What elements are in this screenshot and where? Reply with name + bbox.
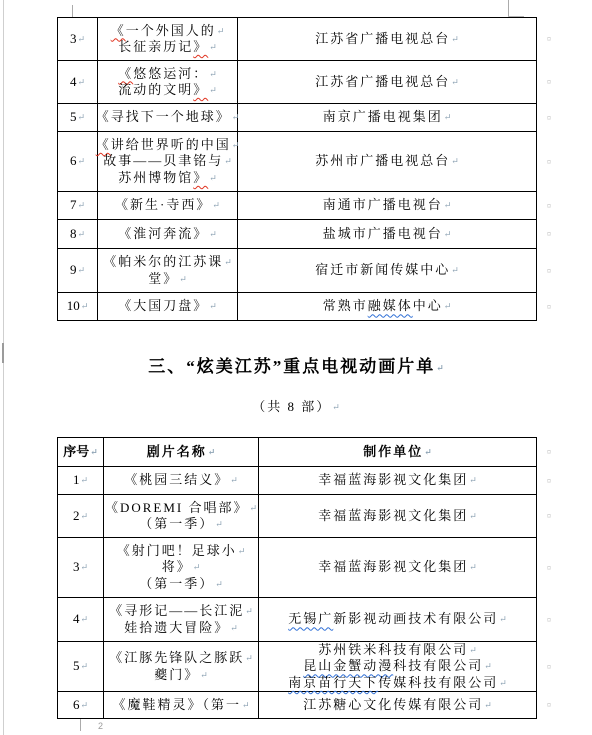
- row-number: 3: [73, 559, 80, 574]
- cell-line: 苏州博物馆》↵: [118, 170, 217, 187]
- bottom-margin-label: 2: [98, 721, 103, 731]
- cell-line: 《帕米尔的江苏课↵: [103, 254, 232, 271]
- cell-text: （第一季）: [139, 576, 214, 591]
- cell-line: 《新生·寺西》↵: [115, 197, 220, 214]
- row-end-mark: ¤: [547, 615, 551, 624]
- line-break-mark: ↵: [90, 447, 98, 457]
- line-break-mark: ↵: [77, 200, 85, 210]
- table-cell[interactable]: 制作单位↵: [259, 438, 537, 466]
- cell-line: 6↵: [73, 697, 88, 714]
- cell-line: 《寻形记——长江泥↵: [109, 603, 253, 620]
- line-break-mark: ↵: [245, 606, 253, 616]
- table-cell[interactable]: 剧片名称↵: [104, 438, 259, 466]
- cell-line: 《淮河奔流》↵: [118, 226, 217, 243]
- table-cell[interactable]: 盐城市广播电视台↵: [238, 220, 537, 248]
- cell-text: 南京苗行天下: [288, 675, 378, 690]
- cell-text: 长征亲历记: [118, 39, 193, 54]
- line-break-mark: ↵: [209, 69, 217, 79]
- line-break-mark: ↵: [451, 265, 459, 275]
- cell-line: 9↵: [70, 262, 85, 279]
- table-cell[interactable]: 幸福蓝海影视文化集团↵: [259, 467, 537, 494]
- cell-line: 无锡广新影视动画技术有限公司↵: [288, 611, 507, 628]
- cell-line: 3↵: [73, 559, 88, 576]
- row-end-mark: ¤: [547, 662, 551, 671]
- line-break-mark: ↵: [444, 301, 452, 311]
- line-break-mark: ↵: [80, 614, 88, 624]
- table-cell[interactable]: 《大国刀盘》↵: [98, 293, 238, 320]
- line-break-mark: ↵: [77, 156, 85, 166]
- table-cell[interactable]: 《寻形记——长江泥↵娃拾遗大冒险》↵: [104, 598, 259, 641]
- cell-text: 《新生·寺西》: [115, 197, 211, 212]
- table-cell[interactable]: 无锡广新影视动画技术有限公司↵: [259, 598, 537, 641]
- cell-text: 昆山金蟹动漫: [303, 658, 393, 673]
- table-row: 4↵《寻形记——长江泥↵娃拾遗大冒险》↵无锡广新影视动画技术有限公司↵¤: [58, 598, 537, 642]
- row-number: 2: [73, 508, 80, 523]
- table-cell[interactable]: 《讲给世界听的中国↵故事——贝聿铭与↵苏州博物馆》↵: [98, 132, 238, 191]
- cell-text: 《: [118, 66, 133, 81]
- cell-line: 《寻找下一个地球》↵: [96, 109, 240, 126]
- cell-line: 江苏糖心文化传媒有限公司↵: [303, 697, 492, 714]
- line-break-mark: ↵: [209, 85, 217, 95]
- cell-line: 苏州市广播电视总台↵: [315, 153, 459, 170]
- line-break-mark: ↵: [230, 475, 238, 485]
- table-row: 6↵《讲给世界听的中国↵故事——贝聿铭与↵苏州博物馆》↵苏州市广播电视总台↵¤: [58, 132, 537, 192]
- line-break-mark: ↵: [208, 447, 216, 457]
- line-break-mark: ↵: [499, 614, 507, 624]
- cell-text: 《桃园三结义》: [124, 472, 229, 487]
- cell-text: 《帕米尔的江苏课: [103, 254, 223, 269]
- cell-line: 南通市广播电视台↵: [323, 197, 452, 214]
- section-subtitle-text: （共 8 部）: [252, 399, 331, 414]
- cell-line: 《江豚先锋队之豚跃↵: [109, 650, 253, 667]
- line-break-mark: ↵: [469, 562, 477, 572]
- line-break-mark: ↵: [209, 229, 217, 239]
- section-heading-text: 三、“炫美江苏”重点电视动画片单: [148, 357, 435, 376]
- line-break-mark: ↵: [77, 77, 85, 87]
- cell-line: 《大国刀盘》↵: [118, 298, 217, 315]
- cell-line: 幸福蓝海影视文化集团↵: [318, 472, 477, 489]
- bottom-left-crop-mark: [80, 718, 81, 731]
- line-break-mark: ↵: [230, 623, 238, 633]
- table-cell[interactable]: 《一个外国人的↵长征亲历记》↵: [98, 18, 238, 60]
- cell-line: 南京广播电视集团↵: [323, 109, 452, 126]
- cell-line: 堂》↵: [148, 271, 187, 288]
- table-cell[interactable]: 《新生·寺西》↵: [98, 192, 238, 219]
- table-cell[interactable]: 江苏省广播电视总台↵: [238, 18, 537, 60]
- cell-text: 《寻找下一个地球》: [96, 109, 231, 124]
- row-number: 6: [73, 697, 80, 712]
- cell-line: 1↵: [73, 472, 88, 489]
- header-text: 剧片名称: [147, 444, 207, 459]
- row-end-mark: ¤: [547, 230, 551, 239]
- table-cell[interactable]: 《江豚先锋队之豚跃↵夔门》↵: [104, 642, 259, 691]
- line-break-mark: ↵: [484, 661, 492, 671]
- animation-table: 序号↵剧片名称↵制作单位↵¤1↵《桃园三结义》↵幸福蓝海影视文化集团↵¤2↵《D…: [57, 437, 537, 719]
- table-cell[interactable]: 南通市广播电视台↵: [238, 192, 537, 219]
- line-break-mark: ↵: [451, 156, 459, 166]
- section-heading[interactable]: 三、“炫美江苏”重点电视动画片单↵: [0, 352, 592, 377]
- line-break-mark: ↵: [77, 229, 85, 239]
- cell-text: 《: [96, 137, 111, 152]
- table-row: 10↵《大国刀盘》↵常熟市融媒体中心↵¤: [58, 293, 537, 321]
- table-cell[interactable]: 4↵: [58, 61, 98, 103]
- cell-text: 《淮河奔流》: [118, 226, 208, 241]
- cell-line: 10↵: [67, 298, 89, 315]
- cell-text: 《: [111, 23, 126, 38]
- cell-text: 苏州铁米科技有限公司: [318, 642, 468, 657]
- cell-text: 悠悠运河：: [133, 66, 208, 81]
- cell-text: 讲给世界听的中国: [111, 137, 231, 152]
- cell-text: 将》: [162, 559, 192, 574]
- line-break-mark: ↵: [242, 700, 250, 710]
- cell-text: 娃拾遗大冒险》: [124, 620, 229, 635]
- table-cell[interactable]: 2↵: [58, 495, 104, 537]
- cell-text: 常熟市: [323, 298, 368, 313]
- line-break-mark: ↵: [249, 503, 257, 513]
- table-row: 8↵《淮河奔流》↵盐城市广播电视台↵¤: [58, 220, 537, 249]
- cell-text: 江苏省广播电视总台: [315, 74, 450, 89]
- cell-line: 8↵: [70, 226, 85, 243]
- cell-line: 夔门》↵: [154, 667, 208, 684]
- cell-line: 5↵: [70, 109, 85, 126]
- cell-text: 无锡广: [288, 611, 333, 626]
- table-cell[interactable]: 宿迁市新闻传媒中心↵: [238, 249, 537, 292]
- section-subtitle[interactable]: （共 8 部）↵: [0, 396, 592, 415]
- table-row: 7↵《新生·寺西》↵南通市广播电视台↵¤: [58, 192, 537, 220]
- line-break-mark: ↵: [444, 112, 452, 122]
- cell-text: 科技有限公司: [393, 658, 483, 673]
- row-end-mark: ¤: [547, 448, 551, 457]
- cell-text: 中心: [413, 298, 443, 313]
- line-break-mark: ↵: [484, 700, 492, 710]
- cell-text: 故事——贝聿铭与: [103, 153, 223, 168]
- table-row: 9↵《帕米尔的江苏课↵堂》↵宿迁市新闻传媒中心↵¤: [58, 249, 537, 293]
- table-cell[interactable]: 幸福蓝海影视文化集团↵: [259, 495, 537, 537]
- table-row: 4↵《悠悠运河：↵流动的文明》↵江苏省广播电视总台↵¤: [58, 61, 537, 104]
- table-cell[interactable]: 江苏省广播电视总台↵: [238, 61, 537, 103]
- cell-line: 4↵: [70, 74, 85, 91]
- table-cell[interactable]: 6↵: [58, 692, 104, 718]
- table-cell[interactable]: 5↵: [58, 642, 104, 691]
- cell-line: 3↵: [70, 31, 85, 48]
- row-number: 5: [73, 658, 80, 673]
- table-cell[interactable]: 《魔鞋精灵》（第一↵: [104, 692, 259, 718]
- cell-line: 盐城市广播电视台↵: [323, 226, 452, 243]
- top-right-crop-mark-v: [508, 0, 509, 16]
- table-cell[interactable]: 6↵: [58, 132, 98, 191]
- row-end-mark: ¤: [547, 476, 551, 485]
- row-end-mark: ¤: [547, 201, 551, 210]
- cell-text: （第一季）: [139, 516, 214, 531]
- table-cell[interactable]: 3↵: [58, 18, 98, 60]
- cell-line: 南京苗行天下传媒科技有限公司↵: [288, 675, 507, 692]
- table-cell[interactable]: 《射门吧！足球小↵将》↵（第一季）↵: [104, 538, 259, 597]
- row-end-mark: ¤: [547, 302, 551, 311]
- cell-line: 2↵: [73, 508, 88, 525]
- table-cell[interactable]: 10↵: [58, 293, 98, 320]
- line-break-mark: ↵: [212, 200, 220, 210]
- cell-line: 苏州铁米科技有限公司↵: [318, 642, 477, 659]
- cell-line: 娃拾遗大冒险》↵: [124, 620, 238, 637]
- line-break-mark: ↵: [80, 661, 88, 671]
- cell-text: 》: [193, 170, 208, 185]
- cell-text: 新影视动画技术有限公司: [333, 611, 498, 626]
- table-row: 3↵《一个外国人的↵长征亲历记》↵江苏省广播电视总台↵¤: [58, 18, 537, 61]
- cell-text: 融媒体: [368, 298, 413, 313]
- line-break-mark: ↵: [77, 265, 85, 275]
- table-cell[interactable]: 5↵: [58, 104, 98, 131]
- cell-line: 长征亲历记》↵: [118, 39, 217, 56]
- cell-text: 流动的文明: [118, 82, 193, 97]
- table-row: 5↵《江豚先锋队之豚跃↵夔门》↵苏州铁米科技有限公司↵昆山金蟹动漫科技有限公司↵…: [58, 642, 537, 692]
- table-cell[interactable]: 《桃园三结义》↵: [104, 467, 259, 494]
- table-cell[interactable]: 苏州市广播电视总台↵: [238, 132, 537, 191]
- line-break-mark: ↵: [469, 645, 477, 655]
- cell-line: 4↵: [73, 611, 88, 628]
- line-break-mark: ↵: [77, 112, 85, 122]
- table-cell[interactable]: 3↵: [58, 538, 104, 597]
- cell-line: 序号↵: [63, 444, 98, 461]
- cell-text: 《大国刀盘》: [118, 298, 208, 313]
- line-break-mark: ↵: [215, 579, 223, 589]
- table-cell[interactable]: 序号↵: [58, 438, 104, 466]
- line-break-mark: ↵: [80, 475, 88, 485]
- row-number: 9: [70, 262, 77, 277]
- table-row: 5↵《寻找下一个地球》↵南京广播电视集团↵¤: [58, 104, 537, 132]
- cell-line: 幸福蓝海影视文化集团↵: [318, 508, 477, 525]
- cell-text: 《江豚先锋队之豚跃: [109, 650, 244, 665]
- table-cell[interactable]: 《帕米尔的江苏课↵堂》↵: [98, 249, 238, 292]
- cell-text: 《寻形记——长江泥: [109, 603, 244, 618]
- cell-text: 传媒科技有限公司: [378, 675, 498, 690]
- cell-text: 《DOREMI 合唱部》: [105, 500, 249, 515]
- top-margin-tick: [72, 5, 73, 17]
- table-cell[interactable]: 《DOREMI 合唱部》↵（第一季）↵: [104, 495, 259, 537]
- table-cell[interactable]: 8↵: [58, 220, 98, 248]
- line-break-mark: ↵: [424, 447, 432, 457]
- cell-text: 盐城市广播电视台: [323, 226, 443, 241]
- line-break-mark: ↵: [469, 511, 477, 521]
- row-end-mark: ¤: [547, 266, 551, 275]
- line-break-mark: ↵: [209, 42, 217, 52]
- table-cell[interactable]: 《寻找下一个地球》↵: [98, 104, 238, 131]
- cell-text: 夔门》: [154, 667, 199, 682]
- table-cell[interactable]: 4↵: [58, 598, 104, 641]
- cell-line: 常熟市融媒体中心↵: [323, 298, 452, 315]
- line-break-mark: ↵: [200, 670, 208, 680]
- table-cell[interactable]: 常熟市融媒体中心↵: [238, 293, 537, 320]
- cell-line: 江苏省广播电视总台↵: [315, 74, 459, 91]
- table-header-row: 序号↵剧片名称↵制作单位↵¤: [58, 438, 537, 467]
- table-cell[interactable]: 1↵: [58, 467, 104, 494]
- cell-text: 《魔鞋精灵》（第一: [112, 697, 241, 712]
- cell-line: 江苏省广播电视总台↵: [315, 31, 459, 48]
- line-break-mark: ↵: [80, 700, 88, 710]
- line-break-mark: ↵: [245, 653, 253, 663]
- line-break-mark: ↵: [209, 173, 217, 183]
- cell-text: 幸福蓝海影视文化集团: [318, 472, 468, 487]
- line-break-mark: ↵: [238, 546, 246, 556]
- cell-line: 《桃园三结义》↵: [124, 472, 238, 489]
- row-end-mark: ¤: [547, 512, 551, 521]
- line-break-mark: ↵: [179, 274, 187, 284]
- line-break-mark: ↵: [499, 678, 507, 688]
- line-break-mark: ↵: [332, 402, 340, 412]
- line-break-mark: ↵: [451, 34, 459, 44]
- line-break-mark: ↵: [209, 301, 217, 311]
- row-end-mark: ¤: [547, 157, 551, 166]
- cell-text: 堂》: [148, 271, 178, 286]
- cell-text: 》: [193, 82, 208, 97]
- header-text: 序号: [63, 444, 89, 459]
- row-number: 5: [70, 109, 77, 124]
- row-number: 4: [73, 611, 80, 626]
- document-page: { "marks": { "line_break": "↵", "row_end…: [0, 0, 592, 735]
- table-row: 2↵《DOREMI 合唱部》↵（第一季）↵幸福蓝海影视文化集团↵¤: [58, 495, 537, 538]
- cell-line: 剧片名称↵: [147, 444, 216, 461]
- cell-line: 《一个外国人的↵: [111, 23, 225, 40]
- cell-line: 幸福蓝海影视文化集团↵: [318, 559, 477, 576]
- cell-line: 流动的文明》↵: [118, 82, 217, 99]
- table-row: 6↵《魔鞋精灵》（第一↵江苏糖心文化传媒有限公司↵¤: [58, 692, 537, 719]
- cell-line: 《射门吧！足球小↵: [117, 543, 246, 560]
- cell-line: 故事——贝聿铭与↵: [103, 153, 232, 170]
- row-number: 10: [67, 298, 80, 313]
- line-break-mark: ↵: [224, 156, 232, 166]
- row-number: 4: [70, 74, 77, 89]
- row-end-mark: ¤: [547, 563, 551, 572]
- table-cell[interactable]: 《悠悠运河：↵流动的文明》↵: [98, 61, 238, 103]
- line-break-mark: ↵: [80, 511, 88, 521]
- cell-line: 《DOREMI 合唱部》↵: [105, 500, 257, 517]
- cell-line: （第一季）↵: [139, 516, 223, 533]
- table-cell[interactable]: 《淮河奔流》↵: [98, 220, 238, 248]
- cell-text: 南通市广播电视台: [323, 197, 443, 212]
- line-break-mark: ↵: [217, 26, 225, 36]
- row-number: 1: [73, 472, 80, 487]
- cell-line: 《讲给世界听的中国↵: [96, 137, 240, 154]
- cell-text: 一个外国人的: [126, 23, 216, 38]
- row-end-mark: ¤: [547, 35, 551, 44]
- line-break-mark: ↵: [81, 301, 89, 311]
- line-break-mark: ↵: [77, 34, 85, 44]
- line-break-mark: ↵: [469, 475, 477, 485]
- table-cell[interactable]: 9↵: [58, 249, 98, 292]
- cell-line: （第一季）↵: [139, 576, 223, 593]
- cell-line: 7↵: [70, 197, 85, 214]
- cell-line: 6↵: [70, 153, 85, 170]
- row-end-mark: ¤: [547, 113, 551, 122]
- table-row: 1↵《桃园三结义》↵幸福蓝海影视文化集团↵¤: [58, 467, 537, 495]
- cell-text: 苏州市广播电视总台: [315, 153, 450, 168]
- line-break-mark: ↵: [444, 200, 452, 210]
- cell-text: 《射门吧！足球小: [117, 543, 237, 558]
- cell-line: 《魔鞋精灵》（第一↵: [112, 697, 249, 714]
- row-number: 6: [70, 153, 77, 168]
- cell-line: 制作单位↵: [363, 444, 432, 461]
- cell-text: 》: [193, 39, 208, 54]
- line-break-mark: ↵: [80, 562, 88, 572]
- row-number: 7: [70, 197, 77, 212]
- cell-line: 昆山金蟹动漫科技有限公司↵: [303, 658, 492, 675]
- table-cell[interactable]: 苏州铁米科技有限公司↵昆山金蟹动漫科技有限公司↵南京苗行天下传媒科技有限公司↵: [259, 642, 537, 691]
- cell-text: 苏州博物馆: [118, 170, 193, 185]
- cell-line: 5↵: [73, 658, 88, 675]
- cell-line: 宿迁市新闻传媒中心↵: [315, 262, 459, 279]
- cell-line: 《悠悠运河：↵: [118, 66, 217, 83]
- table-cell[interactable]: 幸福蓝海影视文化集团↵: [259, 538, 537, 597]
- row-number: 8: [70, 226, 77, 241]
- cell-text: 江苏省广播电视总台: [315, 31, 450, 46]
- line-break-mark: ↵: [193, 562, 201, 572]
- line-break-mark: ↵: [215, 519, 223, 529]
- header-text: 制作单位: [363, 444, 423, 459]
- table-cell[interactable]: 南京广播电视集团↵: [238, 104, 537, 131]
- cell-text: 宿迁市新闻传媒中心: [315, 262, 450, 277]
- line-break-mark: ↵: [451, 77, 459, 87]
- cell-line: 将》↵: [162, 559, 201, 576]
- row-number: 3: [70, 31, 77, 46]
- cell-text: 幸福蓝海影视文化集团: [318, 559, 468, 574]
- row-end-mark: ¤: [547, 78, 551, 87]
- cell-text: 幸福蓝海影视文化集团: [318, 508, 468, 523]
- table-cell[interactable]: 江苏糖心文化传媒有限公司↵: [259, 692, 537, 718]
- table-cell[interactable]: 7↵: [58, 192, 98, 219]
- row-end-mark: ¤: [547, 701, 551, 710]
- program-table-continued: 3↵《一个外国人的↵长征亲历记》↵江苏省广播电视总台↵¤4↵《悠悠运河：↵流动的…: [57, 17, 537, 321]
- table-row: 3↵《射门吧！足球小↵将》↵（第一季）↵幸福蓝海影视文化集团↵¤: [58, 538, 537, 598]
- line-break-mark: ↵: [224, 257, 232, 267]
- line-break-mark: ↵: [436, 363, 444, 373]
- cell-text: 南京广播电视集团: [323, 109, 443, 124]
- line-break-mark: ↵: [444, 229, 452, 239]
- cell-text: 江苏糖心文化传媒有限公司: [303, 697, 483, 712]
